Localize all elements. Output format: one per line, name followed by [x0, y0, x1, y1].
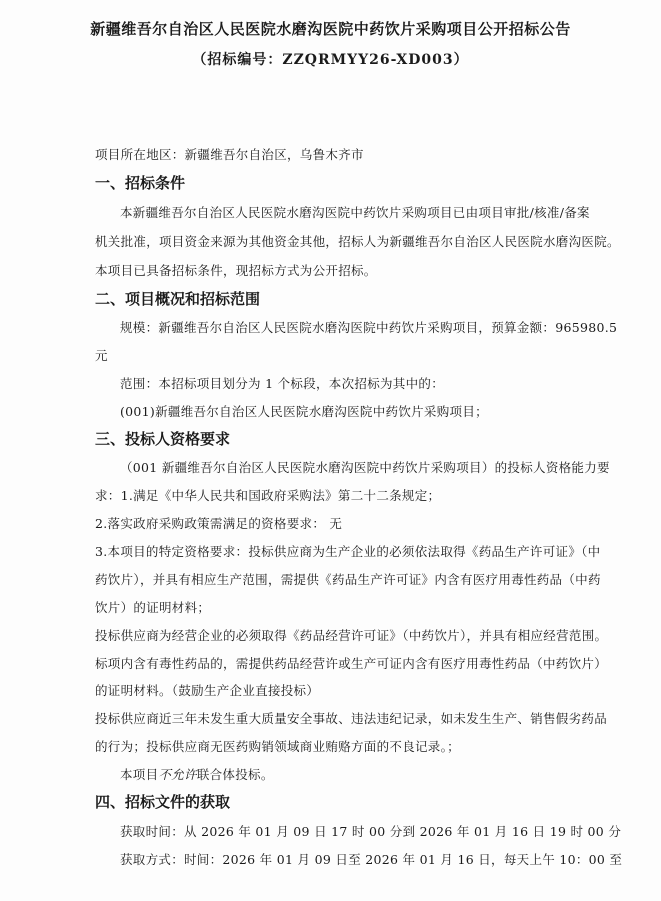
paragraph-line: 的行为；投标供应商无医药购销领域商业贿赂方面的不良记录。；	[95, 737, 460, 755]
paragraph-line: 饮片）的证明材料；	[95, 598, 210, 616]
paragraph-line: 范围：本招标项目划分为 1 个标段，本次招标为其中的：	[120, 374, 444, 392]
section-heading-3: 三、投标人资格要求	[95, 428, 230, 449]
paragraph-line: 求：1.满足《中华人民共和国政府采购法》第二十二条规定；	[95, 486, 440, 504]
section-heading-2: 二、项目概况和招标范围	[95, 288, 260, 309]
paragraph-line: 机关批准，项目资金来源为其他资金其他，招标人为新疆维吾尔自治区人民医院水磨沟医院…	[95, 232, 620, 250]
consortium-emphasis: 不允许	[158, 767, 196, 782]
paragraph-line: 标项内含有毒性药品的，需提供药品经营许或生产可证内含有医疗用毒性药品（中药饮片）	[95, 654, 607, 672]
paragraph-line: 投标供应商近三年未发生重大质量安全事故、违法违纪记录，如未发生生产、销售假劣药品	[95, 709, 607, 727]
paragraph-line: 药饮片），并具有相应生产范围，需提供《药品生产许可证》内含有医疗用毒性药品（中药	[95, 570, 601, 588]
section-heading-1: 一、招标条件	[95, 172, 185, 193]
consortium-suffix: 联合体投标。	[197, 767, 274, 782]
acquisition-time: 获取时间：从 2026 年 01 月 09 日 17 时 00 分到 2026 …	[120, 822, 621, 840]
document-title: 新疆维吾尔自治区人民医院水磨沟医院中药饮片采购项目公开招标公告	[0, 18, 661, 39]
bid-number: （招标编号：ZZQRMYY26-XD003）	[0, 49, 661, 69]
paragraph-line: 规模：新疆维吾尔自治区人民医院水磨沟医院中药饮片采购项目，预算金额：965980…	[120, 318, 617, 336]
paragraph-line: 本新疆维吾尔自治区人民医院水磨沟医院中药饮片采购项目已由项目审批/核准/备案	[120, 203, 590, 221]
paragraph-line: (001)新疆维吾尔自治区人民医院水磨沟医院中药饮片采购项目；	[120, 402, 488, 420]
acquisition-method: 获取方式：时间：2026 年 01 月 09 日至 2026 年 01 月 16…	[120, 850, 622, 868]
paragraph-line: 3.本项目的特定资格要求：投标供应商为生产企业的必须依法取得《药品生产许可证》（…	[95, 542, 600, 560]
paragraph-line: 本项目已具备招标条件，现招标方式为公开招标。	[95, 261, 377, 279]
paragraph-line: （001 新疆维吾尔自治区人民医院水磨沟医院中药饮片采购项目）的投标人资格能力要	[120, 458, 610, 476]
document-page: 新疆维吾尔自治区人民医院水磨沟医院中药饮片采购项目公开招标公告 （招标编号：ZZ…	[0, 0, 661, 901]
paragraph-line: 元	[95, 346, 108, 364]
project-location: 项目所在地区：新疆维吾尔自治区，乌鲁木齐市	[95, 145, 364, 163]
paragraph-line: 投标供应商为经营企业的必须取得《药品经营许可证》（中药饮片），并具有相应经营范围…	[95, 626, 607, 644]
paragraph-line: 2.落实政府采购政策需满足的资格要求： 无	[95, 514, 342, 532]
consortium-prefix: 本项目	[120, 767, 158, 782]
section-heading-4: 四、招标文件的获取	[95, 791, 230, 812]
consortium-statement: 本项目不允许联合体投标。	[120, 765, 274, 783]
paragraph-line: 的证明材料。（鼓励生产企业直接投标）	[95, 681, 319, 699]
